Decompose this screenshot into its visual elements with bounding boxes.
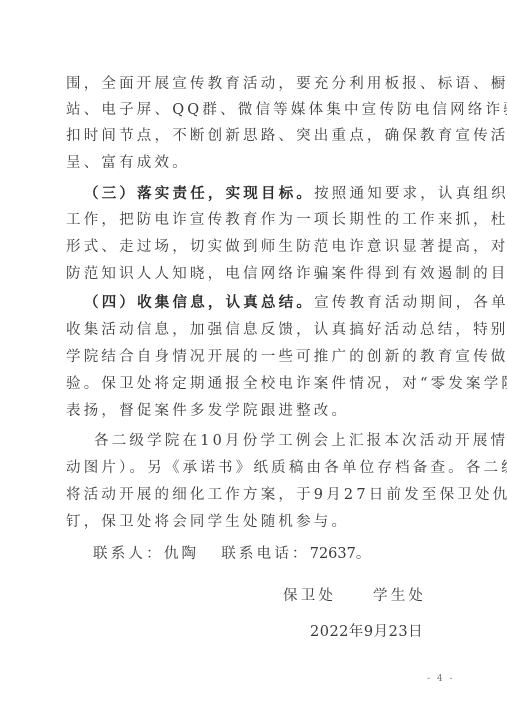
- paragraph-3-line-3: 学院结合自身情况开展的一些可推广的创新的教育宣传做法和经: [66, 348, 507, 366]
- paragraph-2-line-4: 防范知识人人知晓，电信网络诈骗案件得到有效遏制的目标。: [66, 265, 507, 283]
- paragraph-4-line-2: 动图片）。另《承诺书》纸质稿由各单位存档备查。各二级学院请: [66, 459, 507, 477]
- paragraph-1-line-1: 围，全面开展宣传教育活动，要充分利用板报、标语、橱窗、网: [66, 75, 507, 93]
- paragraph-2-line-2: 工作，把防电诈宣传教育作为一项长期性的工作来抓，杜绝活动搞: [66, 211, 507, 229]
- document-date: 2022年9月23日: [310, 623, 423, 641]
- paragraph-3-line-4: 验。保卫处将定期通报全校电诈案件情况，对“零发案学院”通报: [66, 375, 507, 393]
- section-heading-4: （四）收集信息，认真总结。: [84, 294, 314, 311]
- contact-person: 仇陶: [164, 546, 199, 562]
- paragraph-1-line-3: 扣时间节点，不断创新思路、突出重点，确保教育宣传活动精彩纷: [66, 127, 507, 145]
- document-page: 围，全面开展宣传教育活动，要充分利用板报、标语、橱窗、网 站、电子屏、QQ群、微…: [0, 0, 507, 720]
- paragraph-3-line-5: 表扬，督促案件多发学院跟进整改。: [66, 402, 349, 420]
- signature-student-office: 学生处: [373, 587, 426, 605]
- paragraph-3-line-2: 收集活动信息，加强信息反馈，认真搞好活动总结，特别是各二级: [66, 321, 507, 339]
- section-heading-3: （三）落实责任，实现目标。: [84, 185, 314, 202]
- paragraph-4-line-4: 钉，保卫处将会同学生处随机参与。: [66, 513, 349, 531]
- paragraph-3-line-1: （四）收集信息，认真总结。宣传教育活动期间，各单位要及时: [84, 294, 507, 312]
- paragraph-4-line-1: 各二级学院在10月份学工例会上汇报本次活动开展情况（含活: [94, 432, 507, 450]
- paragraph-3-line-1-text: 宣传教育活动期间，各单位要及时: [314, 295, 507, 311]
- paragraph-2-line-1-text: 按照通知要求，认真组织开展相关: [314, 186, 507, 202]
- paragraph-4-line-3: 将活动开展的细化工作方案，于9月27日前发至保卫处仇陶老师钉: [66, 486, 507, 504]
- contact-line: 联系人：仇陶联系电话：72637。: [93, 545, 370, 563]
- paragraph-1-line-2: 站、电子屏、QQ群、微信等媒体集中宣传防电信网络诈骗知识，紧: [66, 101, 507, 119]
- page-number: - 4 -: [427, 674, 455, 684]
- contact-person-label: 联系人：: [93, 546, 164, 562]
- contact-phone-label: 联系电话：: [221, 546, 310, 562]
- signature-security-office: 保卫处: [283, 587, 336, 605]
- contact-phone: 72637。: [310, 546, 371, 562]
- paragraph-2-line-3: 形式、走过场，切实做到师生防范电诈意识显著提高，对诈骗基本: [66, 238, 507, 256]
- paragraph-2-line-1: （三）落实责任，实现目标。按照通知要求，认真组织开展相关: [84, 185, 507, 203]
- paragraph-1-line-4: 呈、富有成效。: [66, 154, 190, 172]
